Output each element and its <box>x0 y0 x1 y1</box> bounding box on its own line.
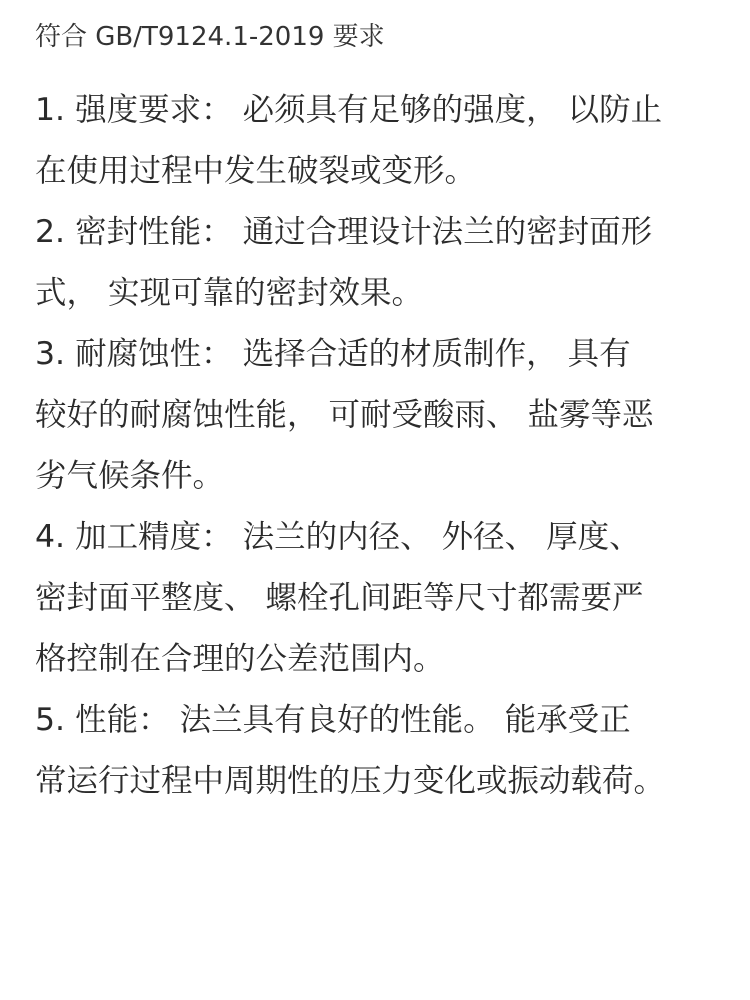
list-item-line: 5. 性能： 法兰具有良好的性能。 能承受正 <box>35 690 735 751</box>
list-item-line: 4. 加工精度： 法兰的内径、 外径、 厚度、 <box>35 507 735 568</box>
list-item-line: 密封面平整度、 螺栓孔间距等尺寸都需要严 <box>35 568 735 629</box>
list-item-line: 1. 强度要求： 必须具有足够的强度， 以防止 <box>35 80 735 141</box>
list-item-line: 劣气候条件。 <box>35 446 735 507</box>
list-item-line: 式， 实现可靠的密封效果。 <box>35 263 735 324</box>
list-item-performance: 5. 性能： 法兰具有良好的性能。 能承受正 常运行过程中周期性的压力变化或振动… <box>35 690 735 812</box>
list-item-line: 格控制在合理的公差范围内。 <box>35 629 735 690</box>
list-item-line: 较好的耐腐蚀性能， 可耐受酸雨、 盐雾等恶 <box>35 385 735 446</box>
list-item-line: 3. 耐腐蚀性： 选择合适的材质制作， 具有 <box>35 324 735 385</box>
list-item-line: 在使用过程中发生破裂或变形。 <box>35 141 735 202</box>
document-heading: 符合 GB/T9124.1-2019 要求 <box>35 18 385 56</box>
list-item-line: 2. 密封性能： 通过合理设计法兰的密封面形 <box>35 202 735 263</box>
list-item-line: 常运行过程中周期性的压力变化或振动载荷。 <box>35 751 735 812</box>
list-item-machining-precision: 4. 加工精度： 法兰的内径、 外径、 厚度、 密封面平整度、 螺栓孔间距等尺寸… <box>35 507 735 690</box>
list-item-corrosion-resistance: 3. 耐腐蚀性： 选择合适的材质制作， 具有 较好的耐腐蚀性能， 可耐受酸雨、 … <box>35 324 735 507</box>
list-item-sealing: 2. 密封性能： 通过合理设计法兰的密封面形 式， 实现可靠的密封效果。 <box>35 202 735 324</box>
list-item-strength: 1. 强度要求： 必须具有足够的强度， 以防止 在使用过程中发生破裂或变形。 <box>35 80 735 202</box>
requirements-list: 1. 强度要求： 必须具有足够的强度， 以防止 在使用过程中发生破裂或变形。 2… <box>35 80 735 812</box>
